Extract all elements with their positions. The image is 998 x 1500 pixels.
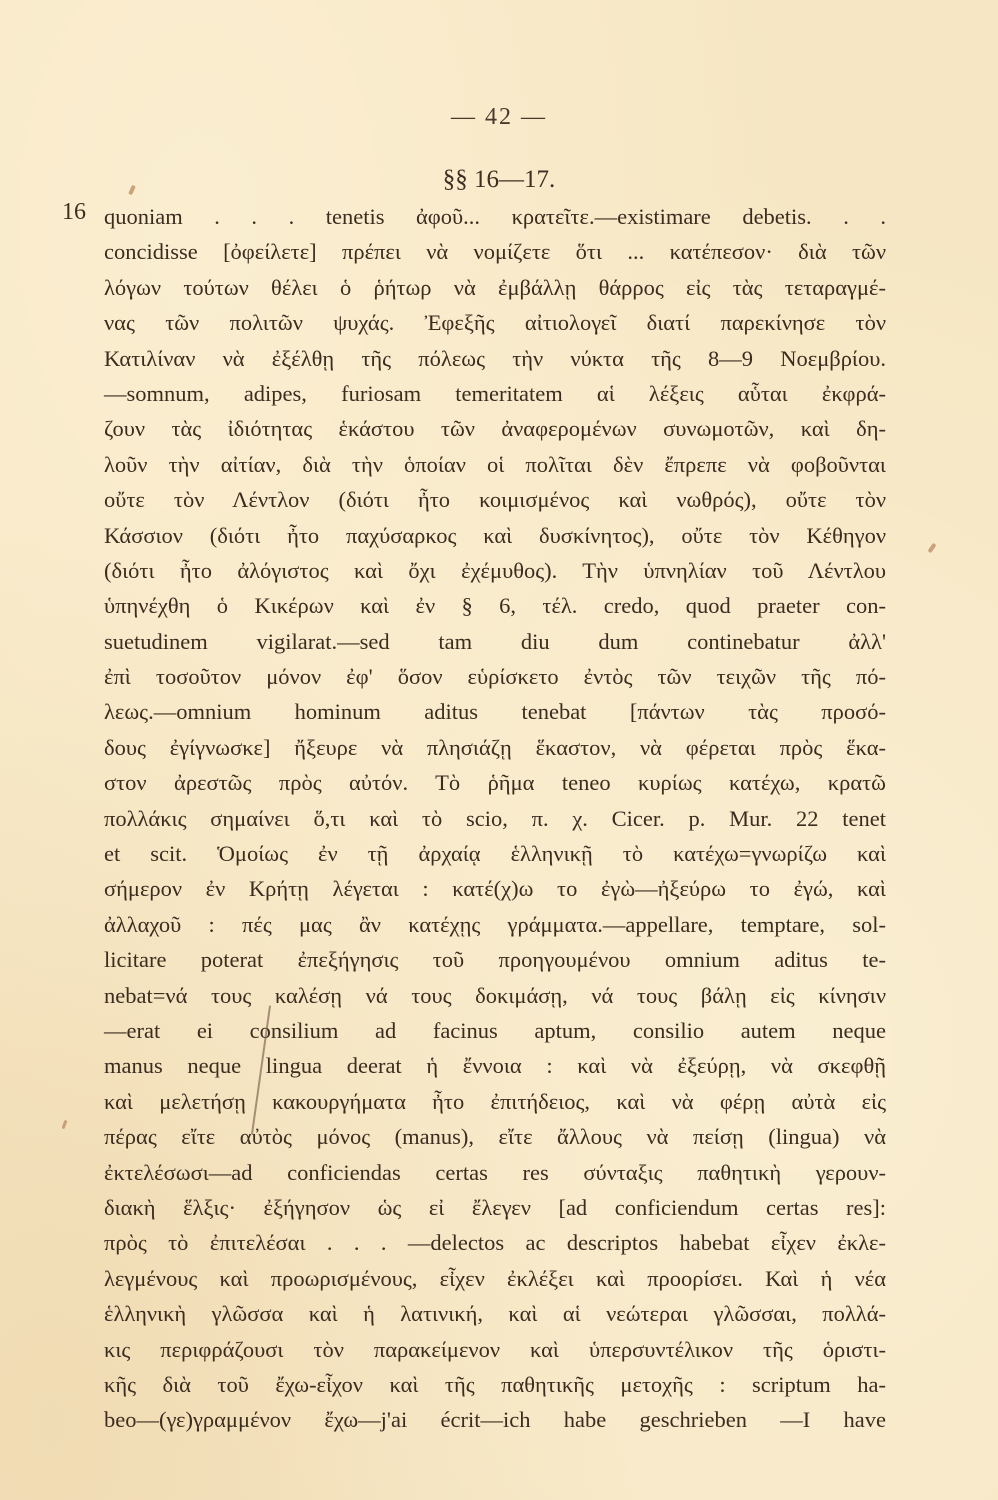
text-line: ἐκτελέσωσι—ad conficiendas certas res σύ… — [104, 1155, 886, 1190]
text-line: λοῦν τὴν αἰτίαν, διὰ τὴν ὁποίαν οἱ πολῖτ… — [104, 447, 886, 482]
text-line: καὶ μελετήσῃ κακουργήματα ἦτο ἐπιτήδειος… — [104, 1084, 886, 1119]
text-line: ἑλληνικὴ γλῶσσα καὶ ἡ λατινική, καὶ αἱ ν… — [104, 1296, 886, 1331]
text-line: licitare poterat ἐπεξήγησις τοῦ προηγουμ… — [104, 942, 886, 977]
commentary-body: quoniam . . . tenetis ἀφοῦ... κρατεῖτε.—… — [104, 199, 886, 1438]
text-line: πρὸς τὸ ἐπιτελέσαι . . . —delectos ac de… — [104, 1225, 886, 1260]
paper-stain-mark — [62, 1120, 68, 1129]
text-line: ὑπηνέχθη ὁ Κικέρων καὶ ἐν § 6, τέλ. cred… — [104, 588, 886, 623]
text-line: concidisse [ὀφείλετε] πρέπει νὰ νομίζετε… — [104, 234, 886, 269]
margin-note-number: 16 — [62, 199, 86, 226]
text-line: λόγων τούτων θέλει ὁ ῥήτωρ νὰ ἐμβάλλῃ θά… — [104, 270, 886, 305]
text-line: Κάσσιον (διότι ἦτο παχύσαρκος καὶ δυσκίν… — [104, 518, 886, 553]
text-line: διακὴ ἕλξις· ἐξήγησον ὡς εἰ ἔλεγεν [ad c… — [104, 1190, 886, 1225]
section-heading: §§ 16—17. — [0, 166, 998, 194]
text-line: manus neque lingua deerat ἡ ἔννοια : καὶ… — [104, 1048, 886, 1083]
text-line: —somnum, adipes, furiosam temeritatem αἱ… — [104, 376, 886, 411]
text-line: —erat ei consilium ad facinus aptum, con… — [104, 1013, 886, 1048]
text-line: νας τῶν πολιτῶν ψυχάς. Ἐφεξῆς αἰτιολογεῖ… — [104, 305, 886, 340]
text-line: πέρας εἴτε αὐτὸς μόνος (manus), εἴτε ἄλλ… — [104, 1119, 886, 1154]
text-line: nebat=νά τους καλέσῃ νά τους δοκιμάσῃ, ν… — [104, 978, 886, 1013]
text-line: ἀλλαχοῦ : πές μας ἂν κατέχῃς γράμματα.—a… — [104, 907, 886, 942]
text-line: πολλάκις σημαίνει ὅ,τι καὶ τὸ scio, π. χ… — [104, 801, 886, 836]
text-line: et scit. Ὁμοίως ἐν τῇ ἀρχαίᾳ ἑλληνικῇ τὸ… — [104, 836, 886, 871]
text-line: ἐπὶ τοσοῦτον μόνον ἐφ' ὅσον εὑρίσκετο ἐν… — [104, 659, 886, 694]
text-line: Κατιλίναν νὰ ἐξέλθῃ τῆς πόλεως τὴν νύκτα… — [104, 341, 886, 376]
text-line: κις περιφράζουσι τὸν παρακείμενον καὶ ὑπ… — [104, 1332, 886, 1367]
text-line: κῆς διὰ τοῦ ἔχω-εἶχον καὶ τῆς παθητικῆς … — [104, 1367, 886, 1402]
text-line: suetudinem vigilarat.—sed tam diu dum co… — [104, 624, 886, 659]
text-line: quoniam . . . tenetis ἀφοῦ... κρατεῖτε.—… — [104, 199, 886, 234]
text-line: σήμερον ἐν Κρήτῃ λέγεται : κατέ(χ)ω το ἐ… — [104, 871, 886, 906]
text-line: λεως.—omnium hominum aditus tenebat [πάν… — [104, 694, 886, 729]
text-line: ζουν τὰς ἰδιότητας ἑκάστου τῶν ἀναφερομέ… — [104, 411, 886, 446]
text-line: οὔτε τὸν Λέντλον (διότι ἦτο κοιμισμένος … — [104, 482, 886, 517]
text-line: δους ἐγίγνωσκε] ἤξευρε νὰ πλησιάζῃ ἕκαστ… — [104, 730, 886, 765]
text-line: (διότι ἦτο ἀλόγιστος καὶ ὄχι ἐχέμυθος). … — [104, 553, 886, 588]
text-line: στον ἀρεστῶς πρὸς αὐτόν. Τὸ ῥῆμα teneo κ… — [104, 765, 886, 800]
text-line: beo—(γε)γραμμένον ἔχω—j'ai écrit—ich hab… — [104, 1402, 886, 1437]
book-page: — 42 — §§ 16—17. 16 quoniam . . . teneti… — [0, 0, 998, 1500]
paper-stain-mark — [927, 543, 936, 553]
text-line: λεγμένους καὶ προωρισμένους, εἶχεν ἐκλέξ… — [104, 1261, 886, 1296]
page-number: — 42 — — [0, 104, 998, 131]
